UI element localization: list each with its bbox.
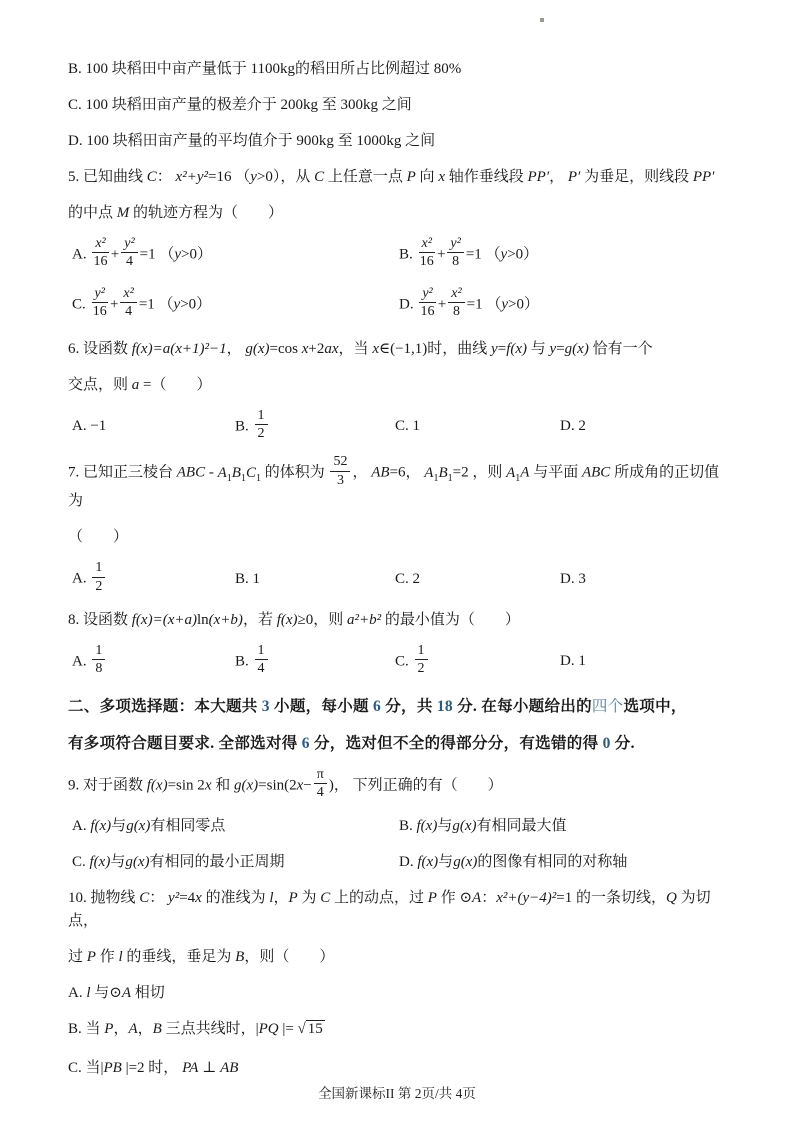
- text-run: 8: [453, 304, 460, 319]
- text-run: =cos: [270, 341, 302, 357]
- text-run: 过: [68, 949, 87, 965]
- text-run: 二、多项选择题：本大题共: [68, 698, 262, 715]
- stray-mark: [540, 18, 544, 22]
- text-run: 10. 抛物线: [68, 890, 139, 906]
- text-run: A1: [218, 465, 232, 481]
- text-run: 2: [95, 579, 102, 594]
- text-run: 分.: [611, 735, 635, 752]
- fraction: 12: [255, 408, 268, 442]
- text-run: =16 （: [208, 169, 250, 185]
- text-run: P′: [568, 169, 580, 185]
- text-run: A.: [72, 653, 90, 669]
- text-run: A: [472, 890, 481, 906]
- text-run: +: [110, 296, 118, 312]
- square-root: √15: [298, 1020, 325, 1037]
- q10-option-c: C. 当|PB |=2 时， PA ⊥ AB: [68, 1057, 732, 1080]
- q9-option-c: C. f(x)与g(x)有相同的最小正周期: [72, 851, 399, 874]
- text-run: ax: [324, 341, 338, 357]
- q8-options: A. 18B. 14C. 12D. 1: [68, 645, 732, 679]
- text-run: 8. 设函数: [68, 612, 132, 628]
- text-run: y: [491, 341, 498, 357]
- text-run: y²: [168, 890, 179, 906]
- text-run: 为垂足，则线段: [580, 169, 693, 185]
- text-run: =1 （: [139, 296, 174, 312]
- q6-option-b: B. 12: [235, 410, 395, 444]
- q8-option-a: A. 18: [72, 645, 235, 679]
- text-run: >0）: [507, 246, 538, 262]
- text-run: 和: [211, 777, 234, 793]
- text-run: 16: [94, 254, 108, 269]
- q6-option-c: C. 1: [395, 415, 560, 438]
- text-run: 16: [421, 304, 435, 319]
- text-run: D. 2: [560, 418, 586, 434]
- text-run: ABC: [177, 465, 205, 481]
- text-run: D. 1: [560, 653, 586, 669]
- text-run: 与: [110, 854, 125, 870]
- text-run: +: [437, 246, 445, 262]
- text-run: ∈(−1,1)时，曲线: [379, 341, 491, 357]
- q9-option-d: D. f(x)与g(x)的图像有相同的对称轴: [399, 851, 732, 874]
- text-run: 3: [262, 698, 270, 715]
- text-run: =（ ）: [139, 377, 211, 393]
- fraction: y²4: [121, 236, 137, 270]
- q6-option-d: D. 2: [560, 415, 732, 438]
- text-run: A: [122, 985, 131, 1001]
- q6-stem-line-1: 6. 设函数 f(x)=a(x+1)²−1， g(x)=cos x+2ax，当 …: [68, 338, 732, 361]
- text-run: 的最小值为（ ）: [381, 612, 520, 628]
- text-run: =1 （: [466, 246, 501, 262]
- text-run: f(x)=(x+a): [132, 612, 197, 628]
- text-run: M: [117, 205, 130, 221]
- text-run: =1 （: [467, 296, 502, 312]
- text-run: x²: [422, 236, 432, 251]
- text-run: C1: [246, 465, 261, 481]
- fraction: 12: [92, 560, 105, 594]
- text-run: AB: [220, 1060, 238, 1076]
- text-run: ABC: [582, 465, 610, 481]
- text-run: 为: [298, 890, 321, 906]
- q7-option-d: D. 3: [560, 568, 732, 591]
- text-run: f(x): [277, 612, 298, 628]
- text-run: x²: [95, 236, 105, 251]
- text-run: A. −1: [72, 418, 106, 434]
- q5-option-b: B. x²16+y²8=1 （y>0）: [399, 238, 732, 272]
- q5-options-row-2: C. y²16+x²4=1 （y>0）D. y²16+x²8=1 （y>0）: [68, 288, 732, 322]
- text-run: ，: [352, 465, 371, 481]
- text-run: A.: [72, 570, 90, 586]
- text-run: 的垂线，垂足为: [123, 949, 236, 965]
- text-run: B.: [235, 653, 253, 669]
- text-run: f(x): [90, 854, 111, 870]
- document-body: B. 100 块稻田中亩产量低于 1100kg的稻田所占比例超过 80%C. 1…: [68, 58, 732, 1093]
- text-run: C. 1: [395, 418, 420, 434]
- text-run: PB: [104, 1060, 122, 1076]
- text-run: y²: [450, 236, 460, 251]
- text-run: 作: [96, 949, 119, 965]
- fraction: x²16: [419, 236, 435, 270]
- text-run: +: [111, 246, 119, 262]
- text-run: 选项中，: [623, 698, 686, 715]
- text-run: B.: [399, 246, 417, 262]
- text-run: 有相同最大值: [477, 818, 567, 834]
- text-run: C.: [395, 653, 413, 669]
- text-run: PQ: [259, 1021, 279, 1037]
- q9-options-row-1: A. f(x)与g(x)有相同零点B. f(x)与g(x)有相同最大值: [68, 815, 732, 838]
- fraction: x²4: [120, 286, 136, 320]
- text-run: =1 的一条切线，: [556, 890, 666, 906]
- text-run: B: [153, 1021, 162, 1037]
- text-run: 8: [452, 254, 459, 269]
- text-run: ，当: [339, 341, 373, 357]
- text-run: g(x): [126, 818, 150, 834]
- fraction: y²8: [447, 236, 463, 270]
- text-run: C.: [72, 854, 90, 870]
- text-run: PA: [182, 1060, 198, 1076]
- q8-option-d: D. 1: [560, 650, 732, 673]
- text-run: A1: [424, 465, 438, 481]
- text-run: A: [128, 1021, 137, 1037]
- text-run: C: [139, 890, 149, 906]
- text-run: x²: [123, 286, 133, 301]
- text-run: 16: [420, 254, 434, 269]
- text-run: g(x): [565, 341, 589, 357]
- fraction: π4: [314, 767, 327, 801]
- text-run: 与: [527, 341, 550, 357]
- text-run: y²: [124, 236, 134, 251]
- text-run: =: [556, 341, 564, 357]
- q4-option-d: D. 100 块稻田亩产量的平均值介于 900kg 至 1000kg 之间: [68, 130, 732, 153]
- text-run: f(x): [147, 777, 168, 793]
- q10-stem-line-2: 过 P 作 l 的垂线，垂足为 B，则（ ）: [68, 946, 732, 969]
- text-run: 1: [418, 643, 425, 658]
- text-run: 的准线为: [202, 890, 270, 906]
- text-run: π: [317, 767, 324, 782]
- fraction: 18: [92, 643, 105, 677]
- text-run: |=2 时，: [122, 1060, 182, 1076]
- text-run: P: [407, 169, 416, 185]
- text-run: B1: [438, 465, 452, 481]
- q8-stem: 8. 设函数 f(x)=(x+a)ln(x+b)，若 f(x)≥0，则 a²+b…: [68, 609, 732, 632]
- text-run: 18: [437, 698, 453, 715]
- text-run: 交点，则: [68, 377, 132, 393]
- fraction: x²8: [448, 286, 464, 320]
- text-run: 的中点: [68, 205, 117, 221]
- text-run: PP′: [693, 169, 715, 185]
- text-run: B.: [399, 818, 417, 834]
- text-run: B: [235, 949, 244, 965]
- text-run: 与: [437, 818, 452, 834]
- page-footer: 全国新课标II 第 2页/共 4页: [0, 1082, 794, 1102]
- text-run: 1: [95, 643, 102, 658]
- text-run: >0）: [508, 296, 539, 312]
- text-run: 52: [333, 454, 347, 469]
- q5-option-d: D. y²16+x²8=1 （y>0）: [399, 288, 732, 322]
- text-run: 分，共: [381, 698, 437, 715]
- text-run: 有多项符合题目要求. 全部选对得: [68, 735, 302, 752]
- text-run: A.: [72, 818, 90, 834]
- text-run: 的体积为: [261, 465, 329, 481]
- text-run: ，: [549, 169, 568, 185]
- text-run: x²+(y−4)²: [496, 890, 556, 906]
- text-run: (x+b): [209, 612, 243, 628]
- fraction: y²16: [92, 286, 108, 320]
- text-run: a²+b²: [347, 612, 381, 628]
- q10-stem-line-1: 10. 抛物线 C： y²=4x 的准线为 l，P 为 C 上的动点，过 P 作…: [68, 887, 732, 933]
- text-run: C. 100 块稻田亩产量的极差介于 200kg 至 300kg 之间: [68, 97, 412, 113]
- q10-option-b: B. 当 P，A，B 三点共线时，|PQ |= √15: [68, 1018, 732, 1041]
- text-run: 上任意一点: [324, 169, 407, 185]
- text-run: 4: [317, 785, 324, 800]
- text-run: g(x): [452, 818, 476, 834]
- text-run: >0），从: [257, 169, 314, 185]
- text-run: 的轨迹方程为（ ）: [129, 205, 283, 221]
- q8-option-c: C. 12: [395, 645, 560, 679]
- text-run: C: [314, 169, 324, 185]
- text-run: ln: [197, 612, 209, 628]
- text-run: -: [205, 465, 218, 481]
- text-run: ≥0，则: [298, 612, 347, 628]
- text-run: =1 （: [140, 246, 175, 262]
- section-2-heading-line-1: 二、多项选择题：本大题共 3 小题，每小题 6 分，共 18 分. 在每小题给出…: [68, 695, 732, 719]
- text-run: g(x): [245, 341, 269, 357]
- q7-option-c: C. 2: [395, 568, 560, 591]
- text-run: =sin 2: [168, 777, 205, 793]
- text-run: f(x)=a(x+1)²−1: [132, 341, 227, 357]
- text-run: C: [147, 169, 157, 185]
- q9-stem: 9. 对于函数 f(x)=sin 2x 和 g(x)=sin(2x−π4)， 下…: [68, 769, 732, 803]
- text-run: 1: [258, 408, 265, 423]
- text-run: ，若: [243, 612, 277, 628]
- text-run: 三点共线时，|: [162, 1021, 259, 1037]
- text-run: 5. 已知曲线: [68, 169, 147, 185]
- text-run: >0）: [181, 246, 212, 262]
- text-run: B.: [235, 418, 253, 434]
- text-run: 与: [438, 854, 453, 870]
- text-run: x²+y²: [176, 169, 208, 185]
- text-run: 有相同零点: [150, 818, 225, 834]
- text-run: B1: [232, 465, 246, 481]
- text-run: D. 3: [560, 571, 586, 587]
- text-run: （ ）: [68, 529, 128, 545]
- text-run: C. 当|: [68, 1060, 104, 1076]
- q9-options-row-2: C. f(x)与g(x)有相同的最小正周期D. f(x)与g(x)的图像有相同的…: [68, 851, 732, 874]
- q6-options: A. −1B. 12C. 1D. 2: [68, 410, 732, 444]
- text-run: 4: [126, 254, 133, 269]
- q4-option-b: B. 100 块稻田中亩产量低于 1100kg的稻田所占比例超过 80%: [68, 58, 732, 81]
- q4-option-c: C. 100 块稻田亩产量的极差介于 200kg 至 300kg 之间: [68, 94, 732, 117]
- q6-option-a: A. −1: [72, 415, 235, 438]
- q7-options: A. 12B. 1C. 2D. 3: [68, 562, 732, 596]
- text-run: B. 当: [68, 1021, 104, 1037]
- text-run: x²: [451, 286, 461, 301]
- text-run: g(x): [453, 854, 477, 870]
- text-run: 1: [95, 560, 102, 575]
- text-run: Q: [666, 890, 677, 906]
- text-run: f(x): [90, 818, 111, 834]
- text-run: 8: [95, 661, 102, 676]
- text-run: 与⊙: [91, 985, 122, 1001]
- q7-option-a: A. 12: [72, 562, 235, 596]
- text-run: A1: [506, 465, 520, 481]
- text-run: 9. 对于函数: [68, 777, 147, 793]
- q5-option-a: A. x²16+y²4=1 （y>0）: [72, 238, 399, 272]
- text-run: 小题，每小题: [270, 698, 373, 715]
- text-run: 7. 已知正三棱台: [68, 465, 177, 481]
- text-run: f(x): [417, 854, 438, 870]
- q5-option-c: C. y²16+x²4=1 （y>0）: [72, 288, 399, 322]
- q9-option-b: B. f(x)与g(x)有相同最大值: [399, 815, 732, 838]
- text-run: =2 ，则: [453, 465, 506, 481]
- section-2-heading-line-2: 有多项符合题目要求. 全部选对得 6 分，选对但不全的得部分分，有选错的得 0 …: [68, 732, 732, 756]
- q9-option-a: A. f(x)与g(x)有相同零点: [72, 815, 399, 838]
- text-run: C: [320, 890, 330, 906]
- text-run: PP′: [528, 169, 550, 185]
- text-run: 分，选对但不全的得部分分，有选错的得: [310, 735, 603, 752]
- text-run: y²: [95, 286, 105, 301]
- text-run: 的图像有相同的对称轴: [477, 854, 627, 870]
- text-run: f(x): [506, 341, 527, 357]
- text-run: 6. 设函数: [68, 341, 132, 357]
- text-run: P: [428, 890, 437, 906]
- q5-stem-line-1: 5. 已知曲线 C： x²+y²=16 （y>0），从 C 上任意一点 P 向 …: [68, 166, 732, 189]
- text-run: B. 1: [235, 571, 260, 587]
- text-run: P: [289, 890, 298, 906]
- fraction: 12: [415, 643, 428, 677]
- text-run: 16: [93, 304, 107, 319]
- text-run: D.: [399, 296, 417, 312]
- fraction: x²16: [92, 236, 108, 270]
- text-run: AB: [371, 465, 389, 481]
- text-run: ⊥: [198, 1060, 220, 1076]
- text-run: A.: [68, 985, 86, 1001]
- text-run: 有相同的最小正周期: [150, 854, 285, 870]
- text-run: 与平面: [529, 465, 582, 481]
- text-run: >0）: [180, 296, 211, 312]
- q7-stem-line-1: 7. 已知正三棱台 ABC - A1B1C1 的体积为 523， AB=6， A…: [68, 456, 732, 513]
- text-run: y²: [422, 286, 432, 301]
- text-run: 轴作垂线段: [445, 169, 528, 185]
- text-run: =: [498, 341, 506, 357]
- text-run: C. 2: [395, 571, 420, 587]
- text-run: ，则（ ）: [244, 949, 334, 965]
- text-run: ：: [149, 890, 168, 906]
- text-run: D. 100 块稻田亩产量的平均值介于 900kg 至 1000kg 之间: [68, 133, 435, 149]
- q5-options-row-1: A. x²16+y²4=1 （y>0）B. x²16+y²8=1 （y>0）: [68, 238, 732, 272]
- text-run: +2: [308, 341, 324, 357]
- text-run: 作 ⊙: [437, 890, 472, 906]
- text-run: =sin(2: [258, 777, 296, 793]
- text-run: 恰有一个: [589, 341, 653, 357]
- text-run: C.: [72, 296, 90, 312]
- text-run: ：: [157, 169, 176, 185]
- text-run: 2: [418, 661, 425, 676]
- text-run: 上的动点，过: [330, 890, 428, 906]
- text-run: 3: [337, 473, 344, 488]
- text-run: 向: [416, 169, 439, 185]
- text-run: g(x): [125, 854, 149, 870]
- text-run: x: [438, 169, 445, 185]
- text-run: =4: [179, 890, 195, 906]
- text-run: 1: [258, 643, 265, 658]
- text-run: 相切: [131, 985, 165, 1001]
- q7-option-b: B. 1: [235, 568, 395, 591]
- text-run: 4: [258, 661, 265, 676]
- text-run: 分. 在每小题给出的: [453, 698, 592, 715]
- text-run: 与: [111, 818, 126, 834]
- fraction: 523: [330, 454, 350, 488]
- text-run: 2: [258, 426, 265, 441]
- text-run: P: [87, 949, 96, 965]
- text-run: +: [438, 296, 446, 312]
- q8-option-b: B. 14: [235, 645, 395, 679]
- fraction: 14: [255, 643, 268, 677]
- text-run: f(x): [417, 818, 438, 834]
- text-run: x: [195, 890, 202, 906]
- fraction: y²16: [419, 286, 435, 320]
- text-run: A.: [72, 246, 90, 262]
- q6-stem-line-2: 交点，则 a =（ ）: [68, 374, 732, 397]
- text-run: 0: [603, 735, 611, 752]
- text-run: D.: [399, 854, 417, 870]
- text-run: )， 下列正确的有（ ）: [329, 777, 503, 793]
- text-run: B. 100 块稻田中亩产量低于 1100kg的稻田所占比例超过 80%: [68, 61, 461, 77]
- q10-option-a: A. l 与⊙A 相切: [68, 982, 732, 1005]
- q5-stem-line-2: 的中点 M 的轨迹方程为（ ）: [68, 202, 732, 225]
- text-run: 6: [373, 698, 381, 715]
- text-run: 4: [125, 304, 132, 319]
- text-run: −: [303, 777, 311, 793]
- text-run: y: [250, 169, 257, 185]
- text-run: ，: [274, 890, 289, 906]
- text-run: |=: [279, 1021, 298, 1037]
- text-run: ，: [138, 1021, 153, 1037]
- exam-page: B. 100 块稻田中亩产量低于 1100kg的稻田所占比例超过 80%C. 1…: [0, 0, 794, 1123]
- text-run: g(x): [234, 777, 258, 793]
- text-run: 四个: [592, 698, 624, 715]
- text-run: ，: [113, 1021, 128, 1037]
- text-run: ：: [481, 890, 496, 906]
- text-run: =6，: [390, 465, 425, 481]
- text-run: x: [372, 341, 379, 357]
- q7-stem-line-2: （ ）: [68, 526, 732, 549]
- text-run: ，: [227, 341, 246, 357]
- text-run: 6: [302, 735, 310, 752]
